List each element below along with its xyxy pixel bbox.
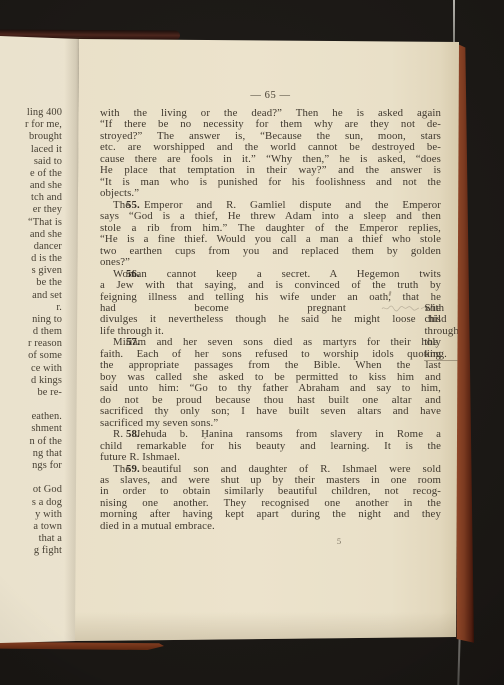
facing-page-line-fragment: n of the [0, 436, 62, 448]
text-line: died in a mutual embrace. [100, 521, 441, 532]
facing-page-line-fragment: “That is [0, 217, 62, 229]
section-number: 56. [113, 269, 140, 280]
text-line: “He is a fine thief. Would you call a ma… [100, 234, 441, 245]
text-line: two earthen cups from you and replaced t… [100, 246, 441, 257]
text-line: says “God is a thief, He threw Adam into… [100, 211, 441, 222]
text-line: sacrificed thy only son; I have built se… [100, 406, 441, 417]
section-number: 57. [113, 337, 140, 348]
section-number: 55. [113, 200, 140, 211]
facing-page-line-fragment: shment [0, 423, 62, 435]
facing-page-line-fragment: d them [0, 326, 62, 338]
left-page-fragments: ling 400r for me,broughtlaced itsaid toe… [0, 107, 62, 557]
facing-page-line-fragment: d kings [0, 375, 62, 387]
text-line: “It is man who is punished for his fooli… [100, 177, 441, 188]
text-line: future R. Ishmael. [100, 452, 441, 463]
facing-page-line-fragment: ngs for [0, 460, 62, 472]
facing-page-line-fragment: a town [0, 521, 62, 533]
facing-page-line-fragment: laced it [0, 144, 62, 156]
handwritten-margin-note-icon [380, 301, 430, 315]
text-line: said unto him: “Go to thy father Abraham… [100, 383, 441, 394]
cover-edge-right [456, 42, 474, 650]
facing-page-line-fragment: eathen. [0, 411, 62, 423]
facing-page-line-fragment: ce with [0, 363, 62, 375]
facing-page-line-fragment: and she [0, 180, 62, 192]
facing-page-line-fragment: and she [0, 229, 62, 241]
signature-mark: 5 [332, 536, 346, 546]
facing-page-line-fragment: ot God [0, 484, 62, 496]
facing-page-line-fragment: g fight [0, 545, 62, 557]
facing-page-line-fragment [0, 399, 62, 411]
facing-page-line-fragment: said to [0, 156, 62, 168]
facing-page-line-fragment: brought [0, 131, 62, 143]
text-line: 58. R. Jehuda b. Ḥanina ransoms from sla… [100, 429, 441, 440]
facing-page-line-fragment: er they [0, 204, 62, 216]
section-number: 59. [113, 464, 140, 475]
book-photo: ling 400r for me,broughtlaced itsaid toe… [0, 0, 504, 685]
facing-page-line-fragment: ng that [0, 448, 62, 460]
facing-page-line-fragment: be re- [0, 387, 62, 399]
facing-page-line-fragment: ling 400 [0, 107, 62, 119]
facing-page-line-fragment: r. [0, 302, 62, 314]
page-number: — 65 — [100, 90, 441, 102]
facing-page-line-fragment: s a dog [0, 497, 62, 509]
facing-page-line-fragment: d is the [0, 253, 62, 265]
facing-page-line-fragment: r reason [0, 338, 62, 350]
cradle-wire-bottom-icon [457, 634, 460, 685]
facing-page-line-fragment: and set [0, 290, 62, 302]
facing-page-line-fragment: that a [0, 533, 62, 545]
facing-page-line-fragment: tch and [0, 192, 62, 204]
text-block: with the living or the dead?” Then he is… [100, 108, 441, 532]
facing-page-line-fragment: y with [0, 509, 62, 521]
text-line: a Jew with that saying, and is convinced… [100, 280, 441, 291]
facing-page-line-fragment: be the [0, 277, 62, 289]
facing-page-line-fragment: r for me, [0, 119, 62, 131]
facing-page-line-fragment: of some [0, 350, 62, 362]
facing-page-line-fragment [0, 472, 62, 484]
text-line: ones?” [100, 257, 441, 268]
facing-page-line-fragment: dancer [0, 241, 62, 253]
facing-page-line-fragment: s given [0, 265, 62, 277]
facing-page-line-fragment: e of the [0, 168, 62, 180]
facing-page-line-fragment: ning to [0, 314, 62, 326]
cradle-wire-top-icon [453, 0, 455, 45]
section-number: 58. [113, 429, 140, 440]
